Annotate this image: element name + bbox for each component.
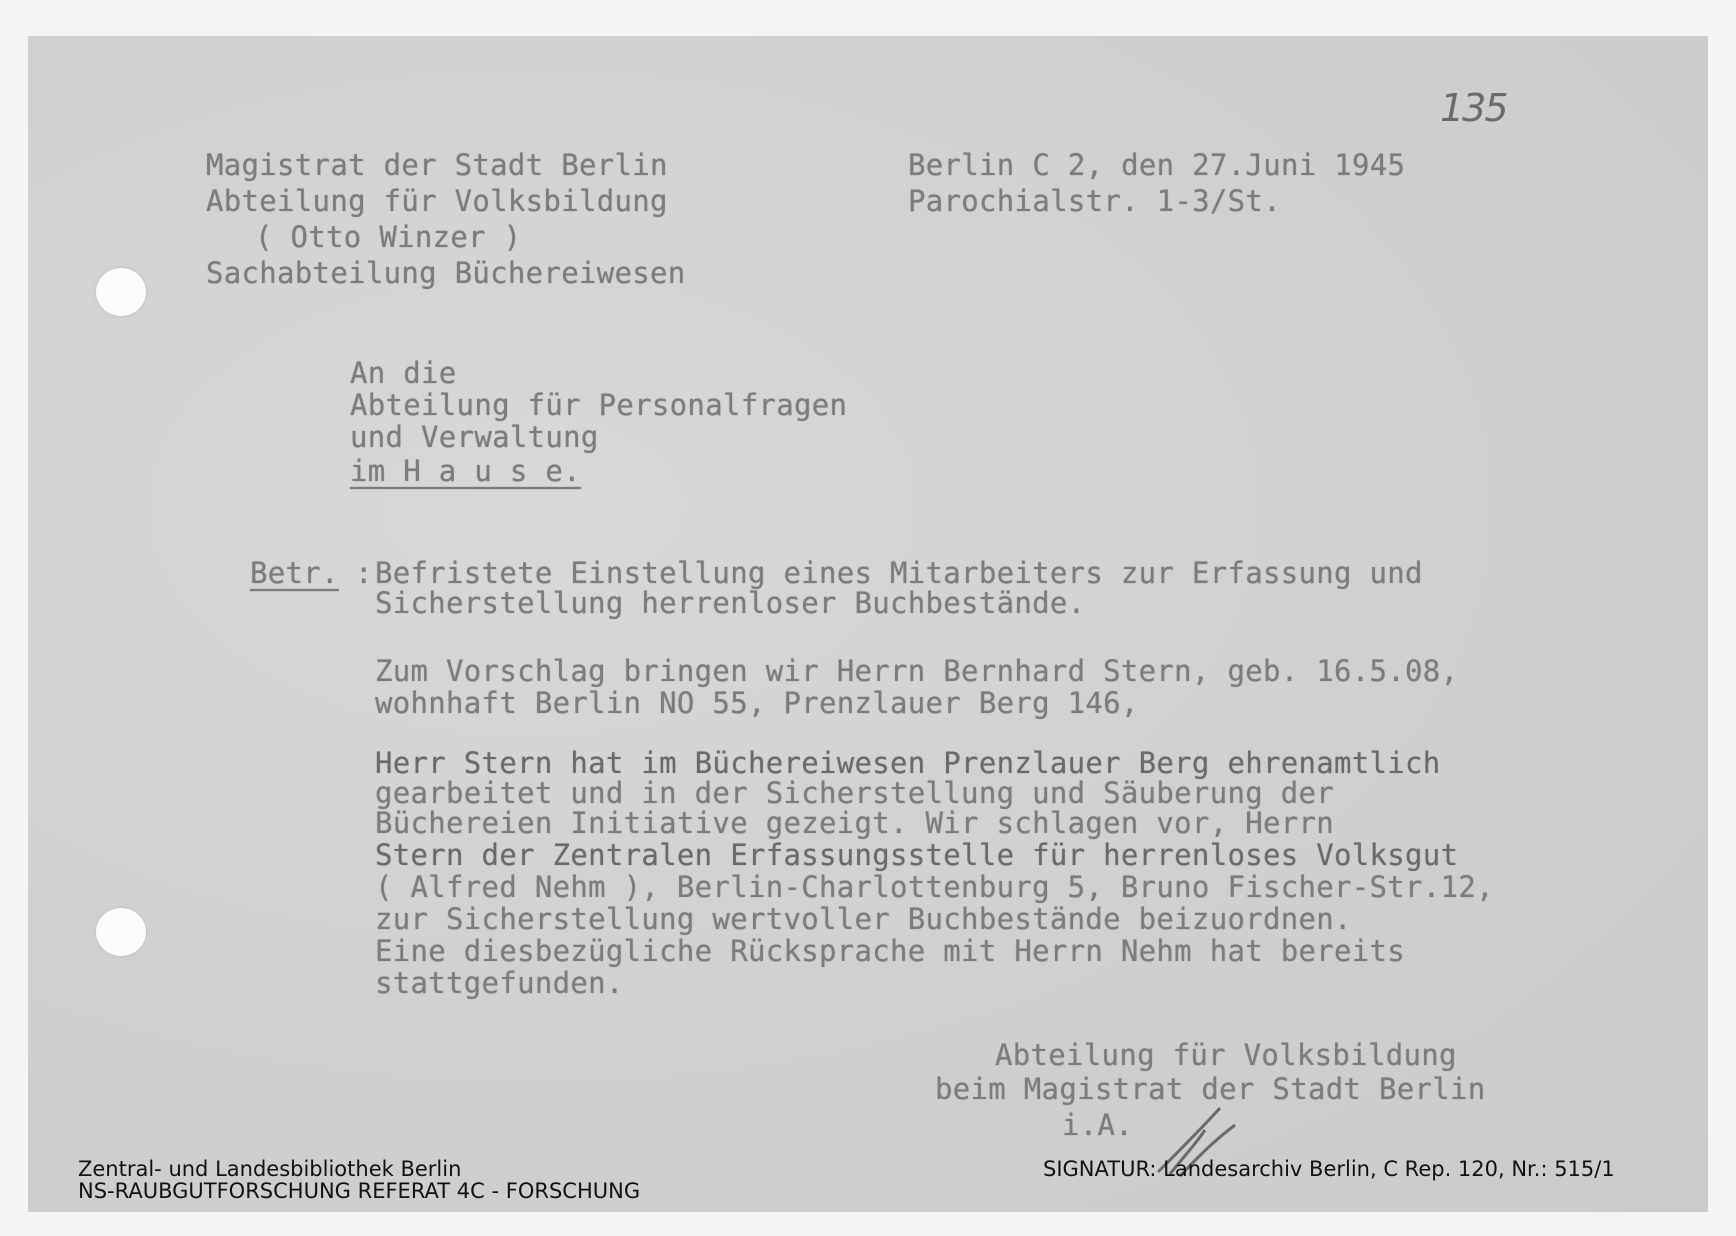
- letterhead-line: ( Otto Winzer ): [255, 222, 521, 252]
- body-line: Zum Vorschlag bringen wir Herrn Bernhard…: [375, 656, 1458, 686]
- recipient-line: An die: [350, 358, 457, 388]
- body-line: ( Alfred Nehm ), Berlin-Charlottenburg 5…: [375, 872, 1494, 902]
- body-line: Eine diesbezügliche Rücksprache mit Herr…: [375, 936, 1405, 966]
- letterhead-line: Sachabteilung Büchereiwesen: [206, 258, 686, 288]
- body-line: Stern der Zentralen Erfassungsstelle für…: [375, 840, 1458, 870]
- recipient-line: und Verwaltung: [350, 422, 599, 452]
- body-line: zur Sicherstellung wertvoller Buchbestän…: [375, 904, 1352, 934]
- recipient-line: im H a u s e.: [350, 456, 581, 486]
- body-line: Herr Stern hat im Büchereiwesen Prenzlau…: [375, 748, 1441, 778]
- body-line: wohnhaft Berlin NO 55, Prenzlauer Berg 1…: [375, 688, 1139, 718]
- subject-label: Betr.: [250, 558, 339, 588]
- place-date-line: Berlin C 2, den 27.Juni 1945: [908, 150, 1405, 180]
- footer-department: NS-RAUBGUTFORSCHUNG REFERAT 4C - FORSCHU…: [78, 1180, 640, 1202]
- subject-line: Sicherstellung herrenloser Buchbestände.: [375, 588, 1085, 618]
- subject-line: Befristete Einstellung eines Mitarbeiter…: [375, 558, 1423, 588]
- body-line: Büchereien Initiative gezeigt. Wir schla…: [375, 808, 1334, 838]
- body-line: stattgefunden.: [375, 968, 624, 998]
- footer-library: Zentral- und Landesbibliothek Berlin: [78, 1158, 461, 1180]
- body-line: gearbeitet und in der Sicherstellung und…: [375, 778, 1334, 808]
- closing-line: Abteilung für Volksbildung: [995, 1040, 1457, 1070]
- punch-hole: [96, 908, 146, 956]
- handwritten-page-number: 135: [1440, 86, 1507, 130]
- punch-hole: [96, 268, 146, 316]
- address-line: Parochialstr. 1-3/St.: [908, 186, 1281, 216]
- letterhead-line: Abteilung für Volksbildung: [206, 186, 668, 216]
- letterhead-line: Magistrat der Stadt Berlin: [206, 150, 668, 180]
- subject-separator: :: [355, 558, 373, 588]
- closing-line: i.A.: [1062, 1110, 1133, 1140]
- recipient-line: Abteilung für Personalfragen: [350, 390, 847, 420]
- footer-signature-reference: SIGNATUR: Landesarchiv Berlin, C Rep. 12…: [1043, 1158, 1615, 1180]
